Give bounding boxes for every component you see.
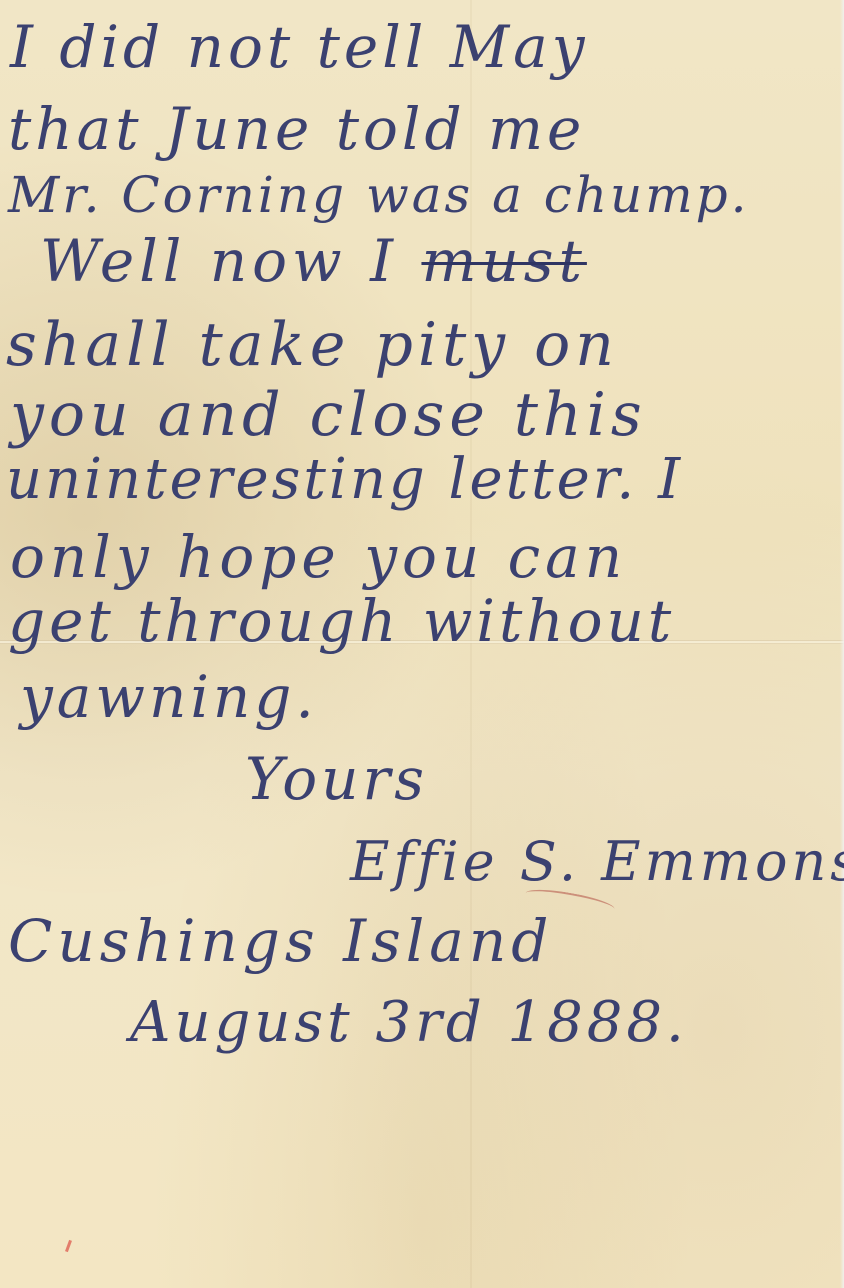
letter-line-5: shall take pity on	[6, 315, 619, 375]
letter-line-10: yawning.	[20, 668, 318, 726]
struck-word: must	[421, 227, 586, 295]
letter-line-7: uninteresting letter. I	[6, 452, 683, 508]
letter-line-6: you and close this	[10, 385, 647, 445]
letter-closing: Yours	[245, 750, 428, 808]
letter-line-1: I did not tell May	[10, 18, 589, 76]
letter-signature: Effie S. Emmons.	[350, 835, 844, 889]
letter-line-9: get through without	[8, 592, 675, 650]
letter-line-4: Well now I must	[40, 232, 587, 290]
letter-date: August 3rd 1888.	[130, 995, 688, 1051]
letter-place: Cushings Island	[8, 912, 553, 970]
letter-page: I did not tell May that June told me Mr.…	[0, 0, 844, 1288]
letter-line-4-text: Well now I	[40, 227, 398, 295]
letter-line-2: that June told me	[8, 100, 585, 158]
red-ink-mark	[65, 1240, 72, 1252]
letter-line-8: only hope you can	[10, 528, 627, 586]
letter-line-3: Mr. Corning was a chump.	[8, 170, 750, 220]
paper-edge	[840, 0, 844, 1288]
